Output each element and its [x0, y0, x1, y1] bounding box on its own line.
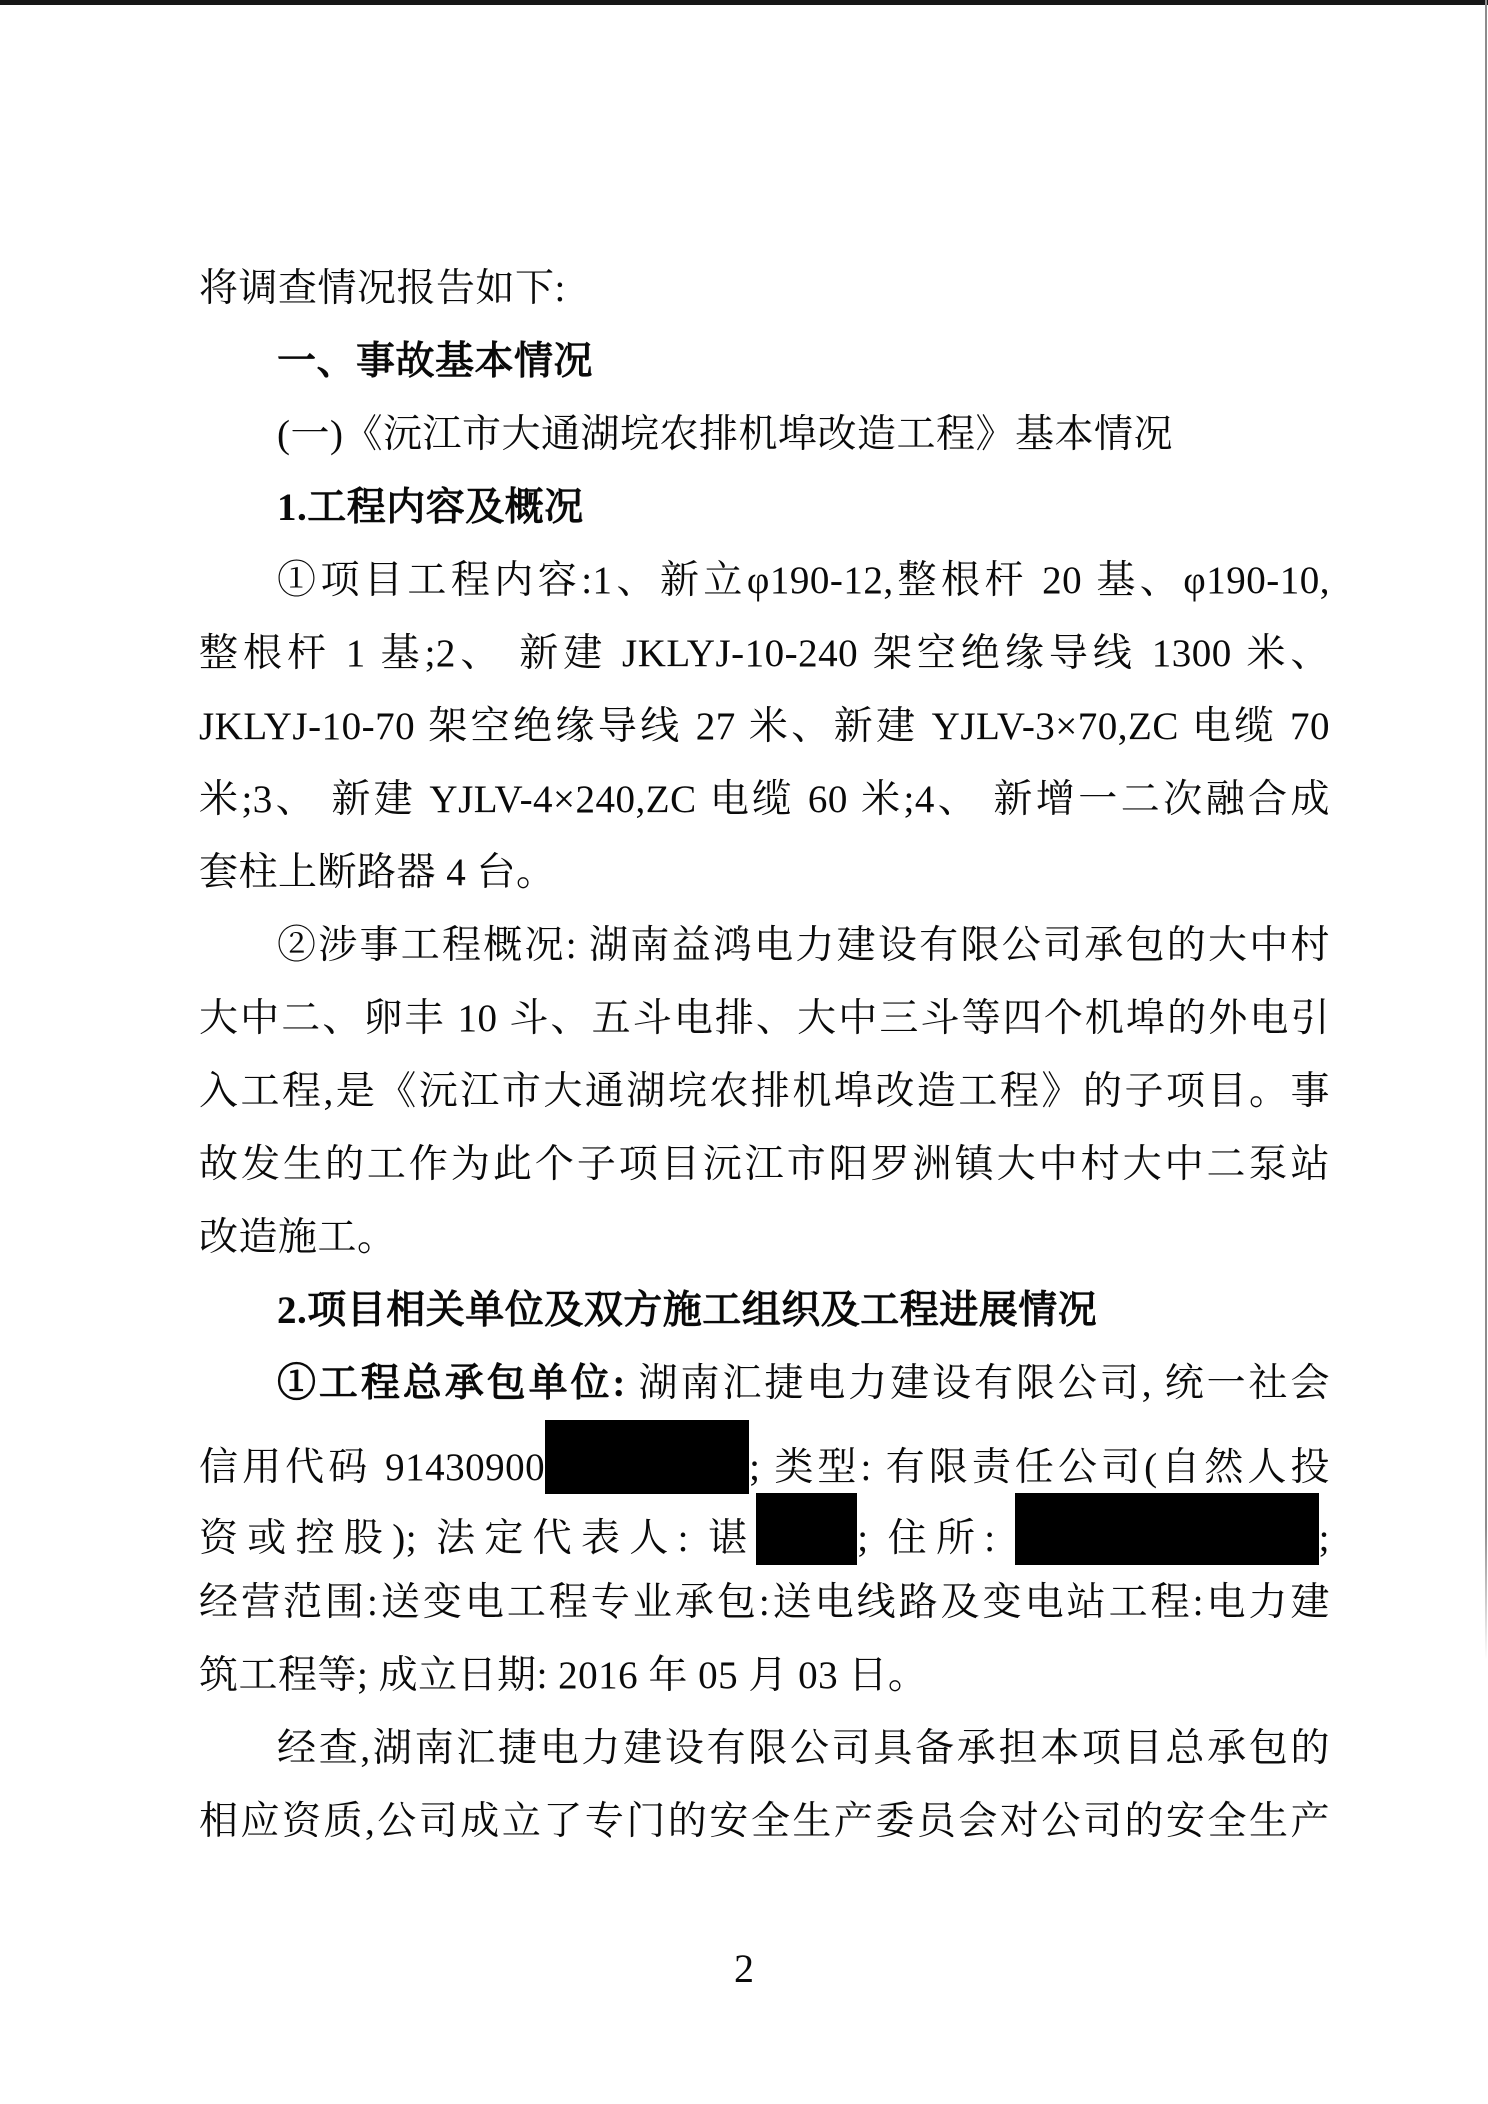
text-run: 套柱上断路器 4 台。 — [199, 851, 556, 894]
paragraph-line: 米;3、 新建 YJLV-4×240,ZC 电缆 60 米;4、 新增一二次融合… — [199, 763, 1330, 836]
heading-item-1: 1.工程内容及概况 — [199, 471, 1330, 544]
bold-text-run: 一、事故基本情况 — [277, 340, 593, 383]
page-number: 2 — [0, 1946, 1488, 1992]
paragraph-line: JKLYJ-10-70 架空绝缘导线 27 米、新建 YJLV-3×70,ZC … — [199, 690, 1330, 763]
bold-text-run: ①工程总承包单位: — [277, 1362, 626, 1405]
text-run: (一)《沅江市大通湖垸农排机埠改造工程》基本情况 — [277, 413, 1173, 456]
text-run: 整根杆 1 基;2、 新建 JKLYJ-10-240 架空绝缘导线 1300 米… — [199, 632, 1330, 675]
paragraph-line: 改造施工。 — [199, 1201, 1330, 1274]
paragraph-line: 筑工程等; 成立日期: 2016 年 05 月 03 日。 — [199, 1639, 1330, 1712]
page-top-edge — [0, 0, 1488, 5]
text-run: ; 类型: 有限责任公司(自然人投 — [749, 1446, 1330, 1489]
document-page: 将调查情况报告如下:一、事故基本情况(一)《沅江市大通湖垸农排机埠改造工程》基本… — [0, 0, 1488, 2104]
bold-text-run: 2.项目相关单位及双方施工组织及工程进展情况 — [277, 1289, 1097, 1332]
text-run: 入工程,是《沅江市大通湖垸农排机埠改造工程》的子项目。事 — [199, 1070, 1330, 1113]
redaction-box — [1015, 1493, 1319, 1565]
paragraph-line-redacted: 资或控股); 法定代表人: 谌; 住所: ; — [199, 1493, 1330, 1566]
paragraph-line: 套柱上断路器 4 台。 — [199, 836, 1330, 909]
paragraph-line: 经查,湖南汇捷电力建设有限公司具备承担本项目总承包的 — [199, 1712, 1330, 1785]
text-run: 故发生的工作为此个子项目沅江市阳罗洲镇大中村大中二泵站 — [199, 1143, 1330, 1186]
paragraph-line: ①工程总承包单位: 湖南汇捷电力建设有限公司, 统一社会 — [199, 1347, 1330, 1420]
paragraph-line: 经营范围:送变电工程专业承包:送电线路及变电站工程:电力建 — [199, 1566, 1330, 1639]
paragraph-line: ②涉事工程概况: 湖南益鸿电力建设有限公司承包的大中村 — [199, 909, 1330, 982]
text-run: 改造施工。 — [199, 1216, 397, 1259]
text-run: JKLYJ-10-70 架空绝缘导线 27 米、新建 YJLV-3×70,ZC … — [199, 705, 1330, 748]
paragraph-line-redacted: 信用代码 91430900; 类型: 有限责任公司(自然人投 — [199, 1420, 1330, 1493]
redaction-box — [756, 1493, 857, 1565]
paragraph-line: ①项目工程内容:1、新立φ190-12,整根杆 20 基、φ190-10, — [199, 544, 1330, 617]
text-run: 米;3、 新建 YJLV-4×240,ZC 电缆 60 米;4、 新增一二次融合… — [199, 778, 1330, 821]
redaction-box — [545, 1420, 749, 1494]
paragraph-line: 相应资质,公司成立了专门的安全生产委员会对公司的安全生产 — [199, 1785, 1330, 1858]
heading-item-2: 2.项目相关单位及双方施工组织及工程进展情况 — [199, 1274, 1330, 1347]
text-run: 经营范围:送变电工程专业承包:送电线路及变电站工程:电力建 — [199, 1581, 1330, 1624]
text-run: 资或控股); 法定代表人: 谌 — [199, 1517, 756, 1560]
text-run: 经查,湖南汇捷电力建设有限公司具备承担本项目总承包的 — [277, 1727, 1330, 1770]
paragraph-line: 大中二、卵丰 10 斗、五斗电排、大中三斗等四个机埠的外电引 — [199, 982, 1330, 1055]
bold-text-run: 1.工程内容及概况 — [277, 486, 584, 529]
paragraph-line: 整根杆 1 基;2、 新建 JKLYJ-10-240 架空绝缘导线 1300 米… — [199, 617, 1330, 690]
text-run: 信用代码 91430900 — [199, 1446, 545, 1489]
text-run: ; — [1319, 1517, 1330, 1560]
text-run: ②涉事工程概况: 湖南益鸿电力建设有限公司承包的大中村 — [277, 924, 1330, 967]
text-run: 筑工程等; 成立日期: 2016 年 05 月 03 日。 — [199, 1654, 927, 1697]
document-lines: 将调查情况报告如下:一、事故基本情况(一)《沅江市大通湖垸农排机埠改造工程》基本… — [199, 252, 1330, 1858]
paragraph-line: 入工程,是《沅江市大通湖垸农排机埠改造工程》的子项目。事 — [199, 1055, 1330, 1128]
text-run: 湖南汇捷电力建设有限公司, 统一社会 — [626, 1362, 1330, 1405]
page-right-edge-line — [1485, 0, 1487, 1660]
heading-section-1: 一、事故基本情况 — [199, 325, 1330, 398]
heading-subsection-1: (一)《沅江市大通湖垸农排机埠改造工程》基本情况 — [199, 398, 1330, 471]
para-continuation-line: 将调查情况报告如下: — [199, 252, 1330, 325]
text-run: ①项目工程内容:1、新立φ190-12,整根杆 20 基、φ190-10, — [277, 559, 1330, 602]
text-run: ; 住所: — [857, 1517, 1014, 1560]
paragraph-line: 故发生的工作为此个子项目沅江市阳罗洲镇大中村大中二泵站 — [199, 1128, 1330, 1201]
text-run: 相应资质,公司成立了专门的安全生产委员会对公司的安全生产 — [199, 1800, 1330, 1843]
text-run: 将调查情况报告如下: — [199, 267, 566, 310]
text-run: 大中二、卵丰 10 斗、五斗电排、大中三斗等四个机埠的外电引 — [199, 997, 1330, 1040]
